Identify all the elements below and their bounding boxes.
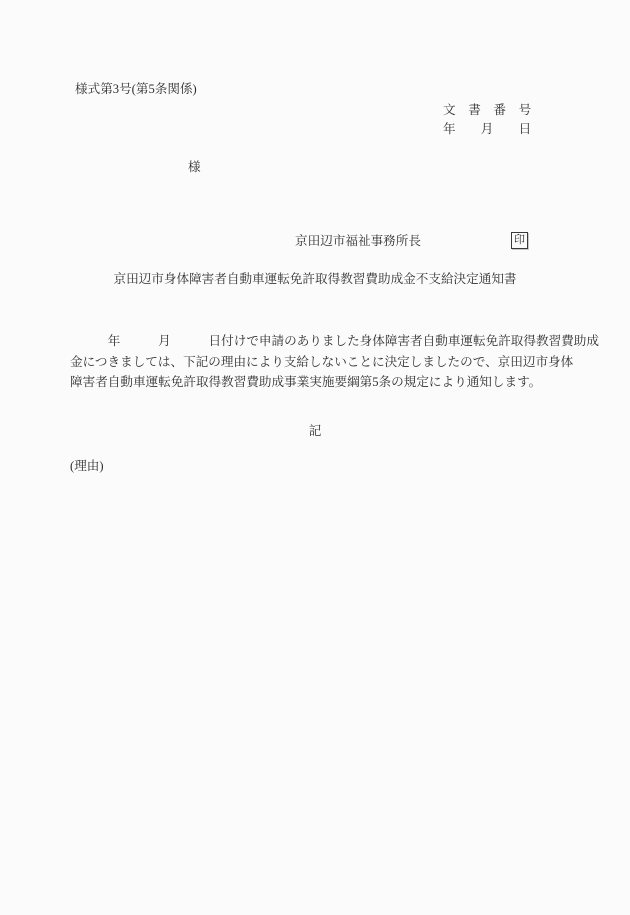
record-marker: 記 xyxy=(0,424,630,439)
document-number-placeholder: 文 書 番 号 xyxy=(443,103,531,118)
document-page: 様式第3号(第5条関係) 文 書 番 号 年 月 日 様 京田辺市福祉事務所長 … xyxy=(0,0,630,915)
official-seal-box: 印 xyxy=(511,232,528,249)
body-line: 金につきましては、下記の理由により支給しないことに決定しましたので、京田辺市身体 xyxy=(70,352,582,373)
sender-title: 京田辺市福祉事務所長 xyxy=(295,234,421,249)
seal-mark: 印 xyxy=(514,235,525,246)
document-title: 京田辺市身体障害者自動車運転免許取得教習費助成金不支給決定通知書 xyxy=(0,272,630,287)
body-line: 年 月 日付けで申請のありました身体障害者自動車運転免許取得教習費助成 xyxy=(70,331,582,352)
body-paragraph: 年 月 日付けで申請のありました身体障害者自動車運転免許取得教習費助成 金につき… xyxy=(70,331,582,393)
form-number-label: 様式第3号(第5条関係) xyxy=(75,82,197,97)
body-line: 障害者自動車運転免許取得教習費助成事業実施要綱第5条の規定により通知します。 xyxy=(70,372,582,393)
reason-label: (理由) xyxy=(70,459,104,474)
addressee-suffix: 様 xyxy=(188,160,201,175)
document-date-placeholder: 年 月 日 xyxy=(443,122,531,137)
